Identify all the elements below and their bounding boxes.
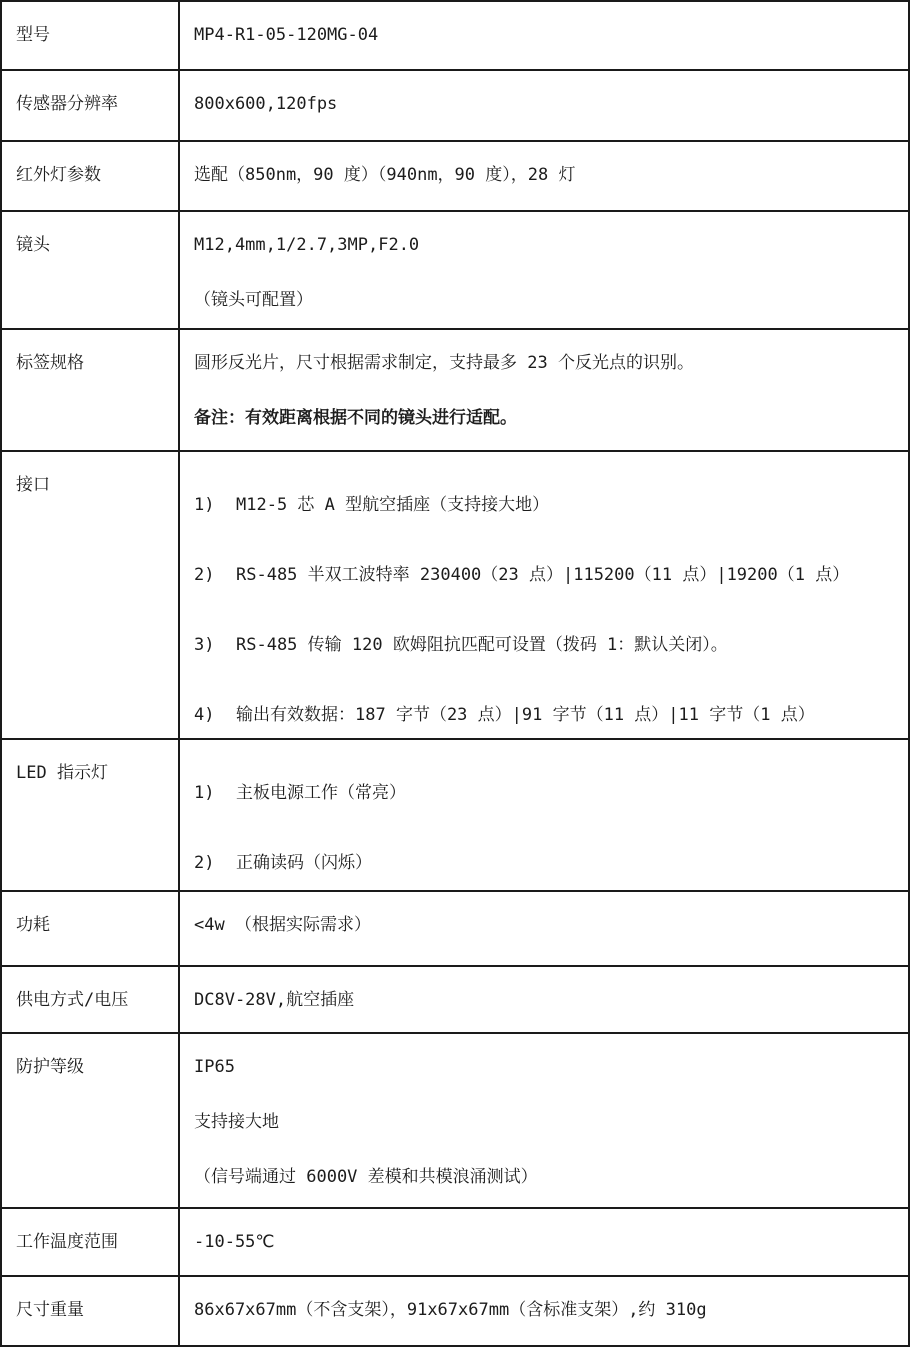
row-label: 防护等级 bbox=[2, 1034, 178, 1207]
list-item-text: RS-485 传输 120 欧姆阻抗匹配可设置（拨码 1：默认关闭）。 bbox=[236, 635, 728, 655]
row-value: DC8V-28V,航空插座 bbox=[178, 967, 908, 1032]
list-item-number: 1) bbox=[194, 494, 236, 516]
table-row-power-supply-voltage: 供电方式/电压 DC8V-28V,航空插座 bbox=[2, 967, 908, 1034]
value-line: DC8V-28V,航空插座 bbox=[194, 989, 898, 1011]
row-value: 86x67x67mm（不含支架），91x67x67mm（含标准支架）,约 310… bbox=[178, 1277, 908, 1347]
row-value: 选配（850nm，90 度）（940nm，90 度），28 灯 bbox=[178, 142, 908, 210]
list-item-text: 正确读码（闪烁） bbox=[236, 853, 372, 873]
value-line: <4w （根据实际需求） bbox=[194, 914, 898, 936]
value-note-bold: 备注：有效距离根据不同的镜头进行适配。 bbox=[194, 407, 898, 429]
row-value: MP4-R1-05-120MG-04 bbox=[178, 2, 908, 69]
list-item-text: 主板电源工作（常亮） bbox=[236, 783, 406, 803]
row-label: 红外灯参数 bbox=[2, 142, 178, 210]
value-line: IP65 bbox=[194, 1056, 898, 1078]
row-label: LED 指示灯 bbox=[2, 740, 178, 890]
value-line: （镜头可配置） bbox=[194, 289, 898, 311]
table-row-led-indicator: LED 指示灯 1)主板电源工作（常亮） 2)正确读码（闪烁） bbox=[2, 740, 908, 892]
row-label: 供电方式/电压 bbox=[2, 967, 178, 1032]
list-item-number: 3) bbox=[194, 634, 236, 656]
row-label: 接口 bbox=[2, 452, 178, 738]
table-row-ir-light-params: 红外灯参数 选配（850nm，90 度）（940nm，90 度），28 灯 bbox=[2, 142, 908, 212]
list-item: 3)RS-485 传输 120 欧姆阻抗匹配可设置（拨码 1：默认关闭）。 bbox=[194, 634, 898, 656]
value-line: （信号端通过 6000V 差模和共模浪涌测试） bbox=[194, 1166, 898, 1188]
value-line: 86x67x67mm（不含支架），91x67x67mm（含标准支架）,约 310… bbox=[194, 1299, 898, 1321]
row-label: 标签规格 bbox=[2, 330, 178, 450]
value-line: MP4-R1-05-120MG-04 bbox=[194, 24, 898, 46]
table-row-interface: 接口 1)M12-5 芯 A 型航空插座（支持接大地） 2)RS-485 半双工… bbox=[2, 452, 908, 740]
table-row-model: 型号 MP4-R1-05-120MG-04 bbox=[2, 2, 908, 71]
table-row-operating-temperature: 工作温度范围 -10-55℃ bbox=[2, 1209, 908, 1277]
list-item-text: M12-5 芯 A 型航空插座（支持接大地） bbox=[236, 495, 549, 515]
row-value: 800x600,120fps bbox=[178, 71, 908, 140]
list-item-text: RS-485 半双工波特率 230400（23 点）|115200（11 点）|… bbox=[236, 565, 849, 585]
value-line: 圆形反光片，尺寸根据需求制定，支持最多 23 个反光点的识别。 bbox=[194, 352, 898, 374]
row-value: <4w （根据实际需求） bbox=[178, 892, 908, 965]
table-row-sensor-resolution: 传感器分辨率 800x600,120fps bbox=[2, 71, 908, 142]
list-item-number: 2) bbox=[194, 852, 236, 874]
row-value: IP65 支持接大地 （信号端通过 6000V 差模和共模浪涌测试） bbox=[178, 1034, 908, 1207]
row-label: 功耗 bbox=[2, 892, 178, 965]
row-label: 尺寸重量 bbox=[2, 1277, 178, 1347]
row-label: 工作温度范围 bbox=[2, 1209, 178, 1275]
list-item-number: 1) bbox=[194, 782, 236, 804]
value-line: M12,4mm,1/2.7,3MP,F2.0 bbox=[194, 234, 898, 256]
list-item: 2)RS-485 半双工波特率 230400（23 点）|115200（11 点… bbox=[194, 564, 898, 586]
list-item: 1)M12-5 芯 A 型航空插座（支持接大地） bbox=[194, 494, 898, 516]
value-line: -10-55℃ bbox=[194, 1231, 898, 1253]
list-item-number: 4) bbox=[194, 704, 236, 726]
table-row-dimensions-weight: 尺寸重量 86x67x67mm（不含支架），91x67x67mm（含标准支架）,… bbox=[2, 1277, 908, 1347]
row-label: 传感器分辨率 bbox=[2, 71, 178, 140]
value-line: 选配（850nm，90 度）（940nm，90 度），28 灯 bbox=[194, 164, 898, 186]
list-item: 2)正确读码（闪烁） bbox=[194, 852, 898, 874]
list-item: 1)主板电源工作（常亮） bbox=[194, 782, 898, 804]
value-line: 支持接大地 bbox=[194, 1111, 898, 1133]
row-value: 1)主板电源工作（常亮） 2)正确读码（闪烁） bbox=[178, 740, 908, 890]
table-row-tag-spec: 标签规格 圆形反光片，尺寸根据需求制定，支持最多 23 个反光点的识别。 备注：… bbox=[2, 330, 908, 452]
row-value: 1)M12-5 芯 A 型航空插座（支持接大地） 2)RS-485 半双工波特率… bbox=[178, 452, 908, 738]
row-value: -10-55℃ bbox=[178, 1209, 908, 1275]
list-item-number: 2) bbox=[194, 564, 236, 586]
row-label: 型号 bbox=[2, 2, 178, 69]
spec-table: 型号 MP4-R1-05-120MG-04 传感器分辨率 800x600,120… bbox=[0, 0, 910, 1347]
row-value: M12,4mm,1/2.7,3MP,F2.0 （镜头可配置） bbox=[178, 212, 908, 328]
row-value: 圆形反光片，尺寸根据需求制定，支持最多 23 个反光点的识别。 备注：有效距离根… bbox=[178, 330, 908, 450]
table-row-protection-rating: 防护等级 IP65 支持接大地 （信号端通过 6000V 差模和共模浪涌测试） bbox=[2, 1034, 908, 1209]
row-label: 镜头 bbox=[2, 212, 178, 328]
list-item-text: 输出有效数据：187 字节（23 点）|91 字节（11 点）|11 字节（1 … bbox=[236, 705, 815, 725]
table-row-lens: 镜头 M12,4mm,1/2.7,3MP,F2.0 （镜头可配置） bbox=[2, 212, 908, 330]
table-row-power-consumption: 功耗 <4w （根据实际需求） bbox=[2, 892, 908, 967]
value-line: 800x600,120fps bbox=[194, 93, 898, 115]
list-item: 4)输出有效数据：187 字节（23 点）|91 字节（11 点）|11 字节（… bbox=[194, 704, 898, 726]
